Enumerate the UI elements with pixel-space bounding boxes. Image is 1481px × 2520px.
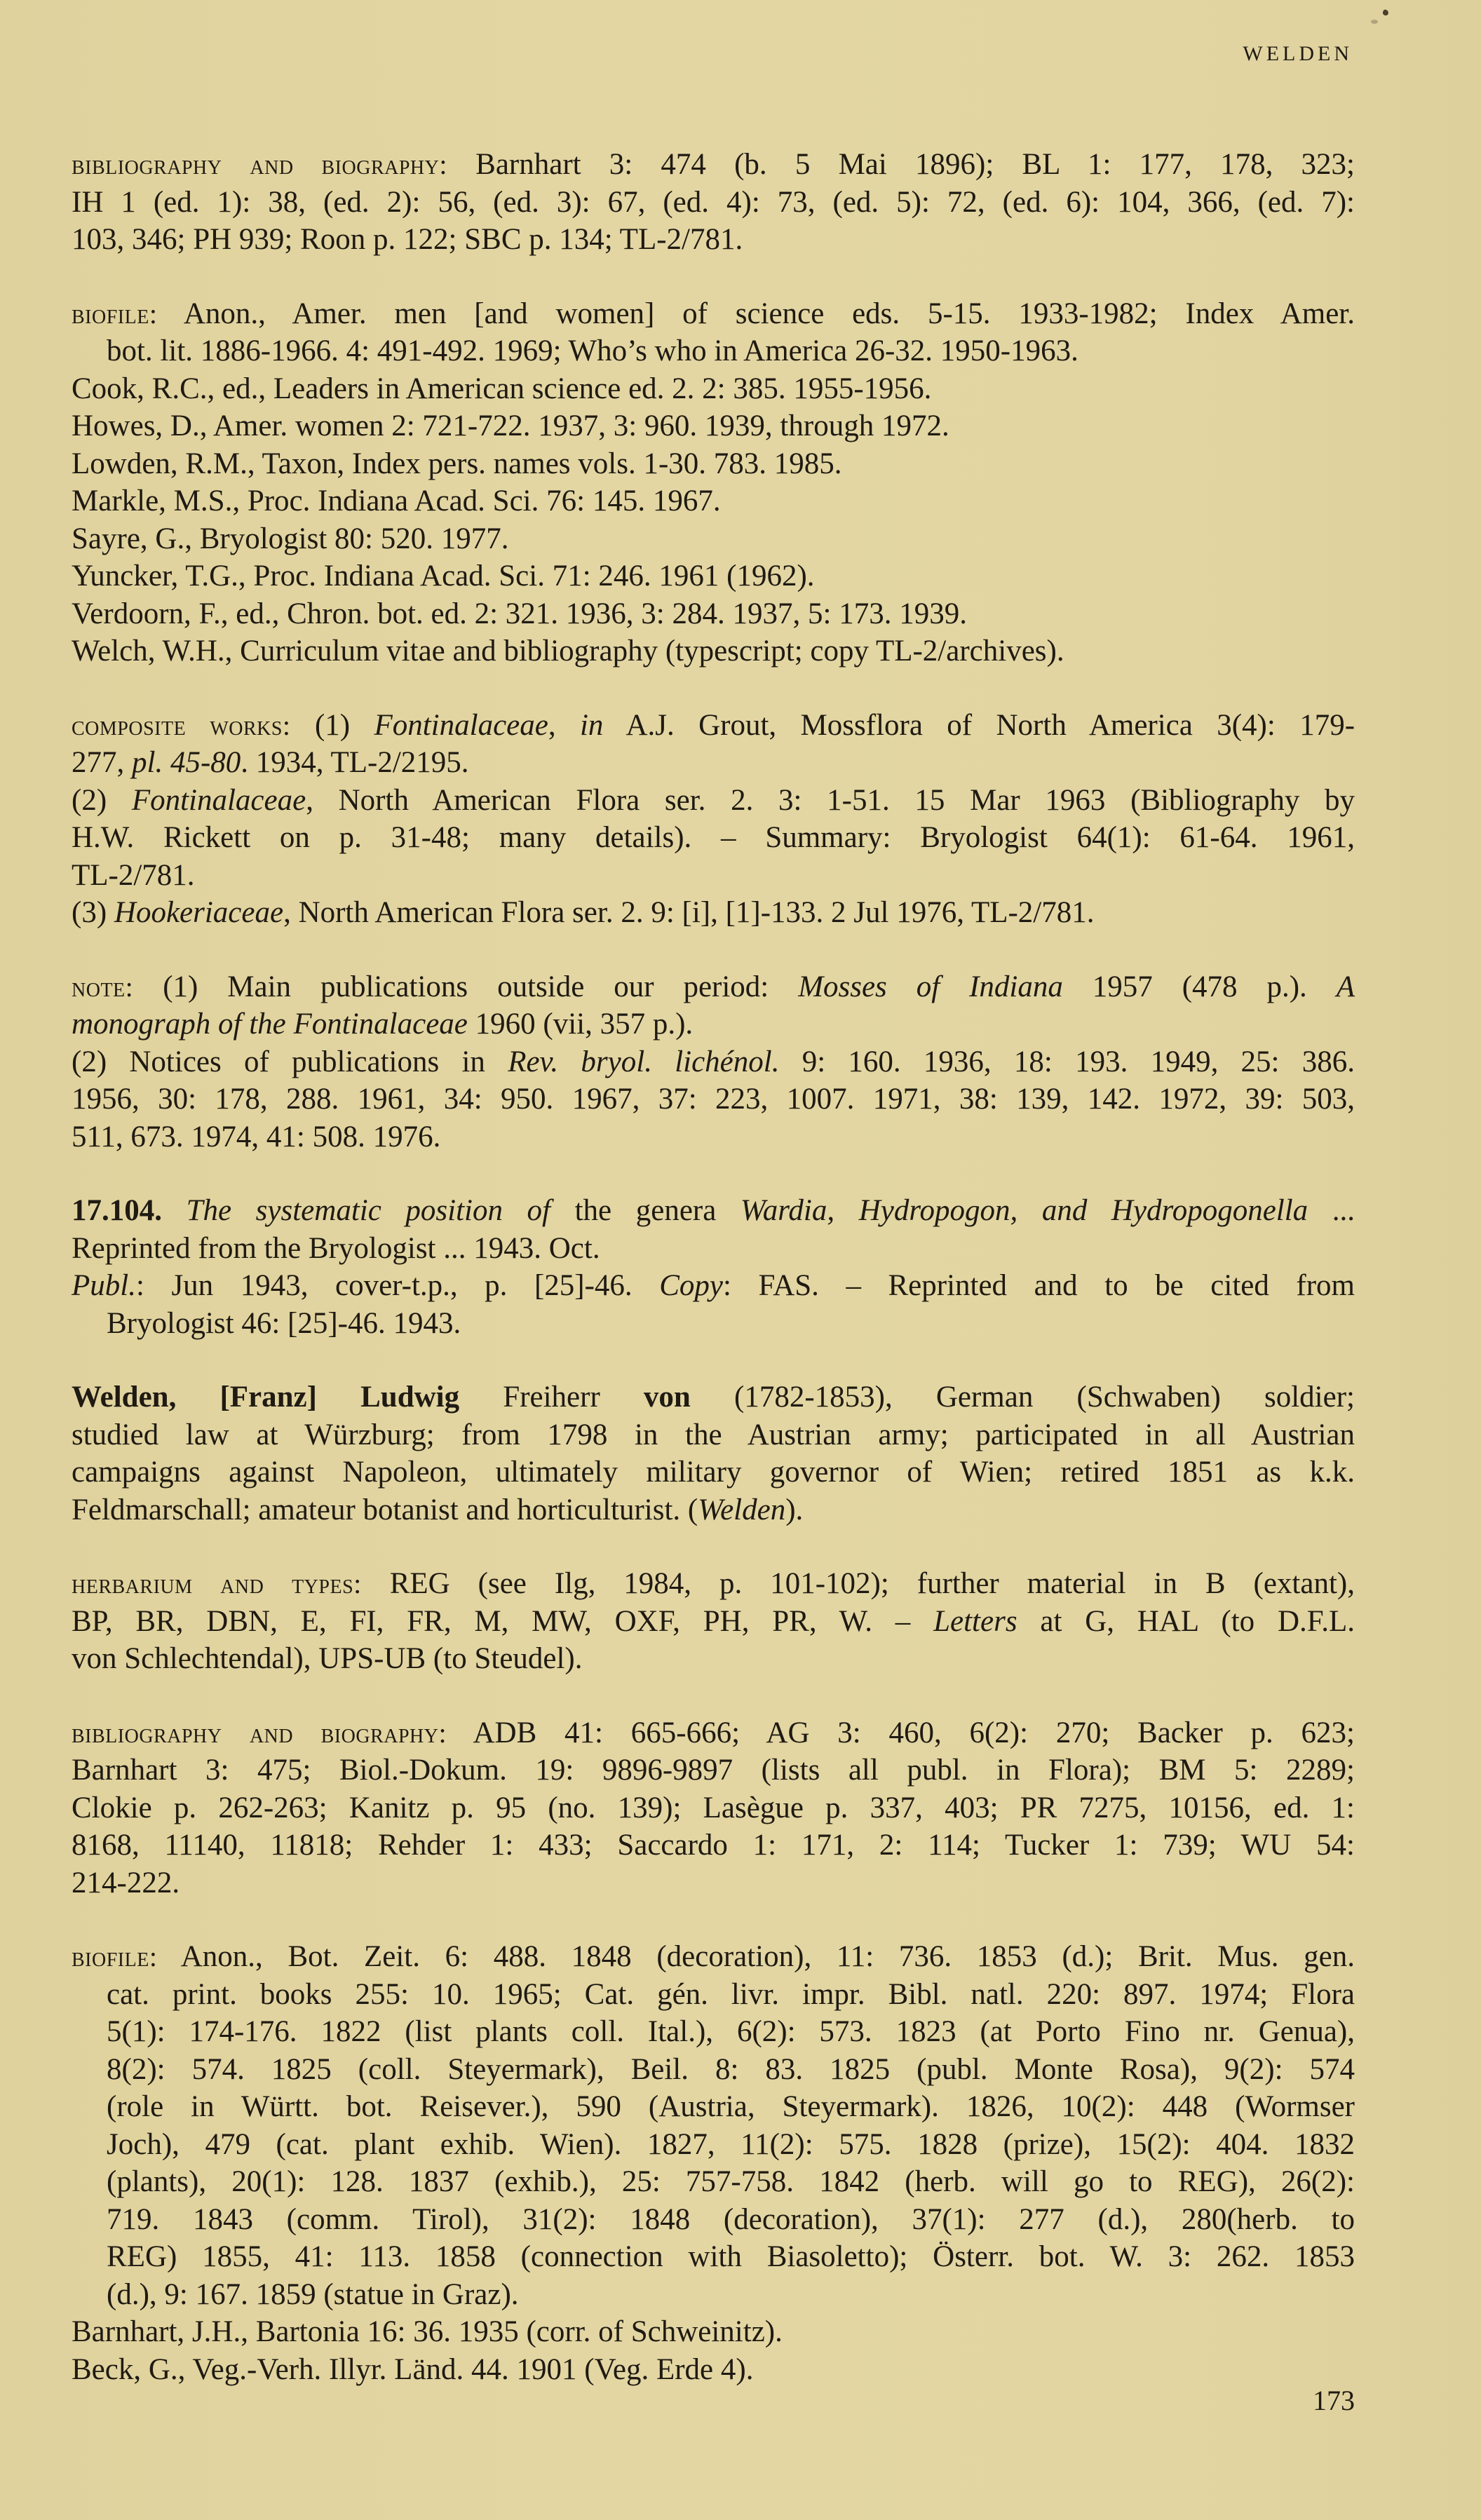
entry-number: 17.104. [72,1194,162,1227]
section-label: HERBARIUM and TYPES: [72,1568,362,1599]
publication-entry-17-104: 17.104. The systematic position of the g… [72,1192,1355,1342]
author-name: Welden, [Franz] Ludwig [72,1381,459,1414]
welch-bibliography-section: BIBLIOGRAPHY and BIOGRAPHY: Barnhart 3: … [72,146,1355,259]
section-label: BIOFILE: [72,1941,157,1972]
welden-herbarium-section: HERBARIUM and TYPES: REG (see Ilg, 1984,… [72,1565,1355,1678]
welch-note-section: NOTE: (1) Main publications outside our … [72,968,1355,1156]
section-label: COMPOSITE WORKS: [72,710,291,741]
page-number: 173 [1313,2384,1355,2417]
section-label: BIOFILE: [72,298,157,330]
paper-smudge [1371,20,1378,24]
section-label: BIBLIOGRAPHY and BIOGRAPHY: [72,149,447,180]
section-label: NOTE: [72,971,133,1003]
welden-author-header: Welden, [Franz] Ludwig Freiherr von (178… [72,1378,1355,1529]
welden-bibliography-section: BIBLIOGRAPHY and BIOGRAPHY: ADB 41: 665-… [72,1714,1355,1902]
page-content: BIBLIOGRAPHY and BIOGRAPHY: Barnhart 3: … [72,146,1355,2425]
paper-speck [1382,9,1389,16]
welden-biofile-section: BIOFILE: Anon., Bot. Zeit. 6: 488. 1848 … [72,1938,1355,2388]
welch-composite-works-section: COMPOSITE WORKS: (1) Fontinalaceae, in A… [72,707,1355,932]
welch-biofile-section: BIOFILE: Anon., Amer. men [and women] of… [72,295,1355,670]
running-head: WELDEN [1243,42,1353,66]
section-label: BIBLIOGRAPHY and BIOGRAPHY: [72,1717,447,1749]
document-page: WELDEN BIBLIOGRAPHY and BIOGRAPHY: Barnh… [0,0,1481,2520]
